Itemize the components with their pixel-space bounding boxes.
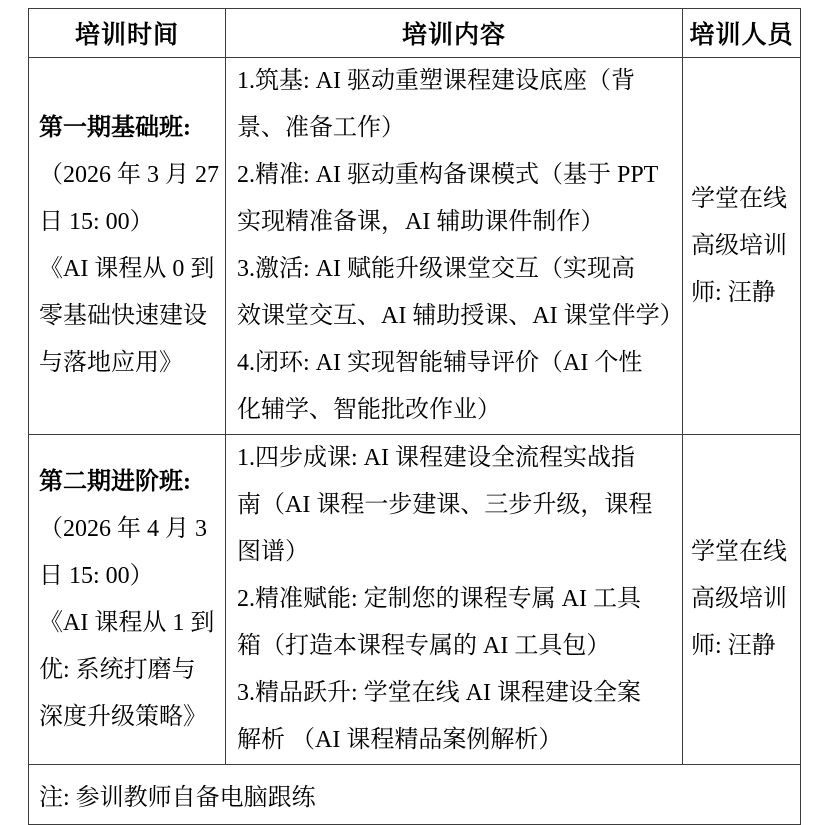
text-line: 1.筑基: AI 驱动重塑课程建设底座（背 xyxy=(237,58,680,105)
text-line: 优: 系统打磨与 xyxy=(39,647,223,694)
text-line: 箱（打造本课程专属的 AI 工具包） xyxy=(237,623,680,670)
session-2-content-lines: 1.四步成课: AI 课程建设全流程实战指南（AI 课程一步建课、三步升级，课程… xyxy=(237,435,680,764)
session-1-time-cell: 第一期基础班: （2026 年 3 月 27日 15: 00）《AI 课程从 0… xyxy=(29,58,226,435)
text-line: 师: 汪静 xyxy=(691,270,798,317)
session-1-content-lines: 1.筑基: AI 驱动重塑课程建设底座（背景、准备工作）2.精准: AI 驱动重… xyxy=(237,58,680,434)
text-line: 实现精准备课，AI 辅助课件制作） xyxy=(237,199,680,246)
text-line: 学堂在线 xyxy=(691,529,798,576)
text-line: 南（AI 课程一步建课、三步升级，课程 xyxy=(237,482,680,529)
session-1-staff-cell: 学堂在线高级培训师: 汪静 xyxy=(683,58,801,435)
text-line: 2.精准赋能: 定制您的课程专属 AI 工具 xyxy=(237,576,680,623)
header-training-content: 培训内容 xyxy=(226,9,683,58)
text-line: 化辅学、智能批改作业） xyxy=(237,387,680,434)
text-line: 图谱） xyxy=(237,529,680,576)
session-2-title: 第二期进阶班: xyxy=(39,459,223,506)
session-2-content-cell: 1.四步成课: AI 课程建设全流程实战指南（AI 课程一步建课、三步升级，课程… xyxy=(226,435,683,765)
header-training-time: 培训时间 xyxy=(29,9,226,58)
text-line: 3.激活: AI 赋能升级课堂交互（实现高 xyxy=(237,246,680,293)
session-2-staff-lines: 学堂在线高级培训师: 汪静 xyxy=(691,529,798,670)
text-line: 日 15: 00） xyxy=(39,199,223,246)
header-training-staff: 培训人员 xyxy=(683,9,801,58)
session-1-title: 第一期基础班: xyxy=(39,105,223,152)
text-line: 景、准备工作） xyxy=(237,105,680,152)
text-line: 解析 （AI 课程精品案例解析） xyxy=(237,717,680,764)
session-2-time-lines: （2026 年 4 月 3日 15: 00）《AI 课程从 1 到优: 系统打磨… xyxy=(39,506,223,741)
note-text: 注: 参训教师自备电脑跟练 xyxy=(39,777,800,812)
session-2-staff-cell: 学堂在线高级培训师: 汪静 xyxy=(683,435,801,765)
text-line: 高级培训 xyxy=(691,576,798,623)
text-line: 日 15: 00） xyxy=(39,553,223,600)
session-1-time-lines: （2026 年 3 月 27日 15: 00）《AI 课程从 0 到零基础快速建… xyxy=(39,152,223,387)
text-line: 《AI 课程从 0 到 xyxy=(39,246,223,293)
text-line: （2026 年 4 月 3 xyxy=(39,506,223,553)
text-line: 学堂在线 xyxy=(691,176,798,223)
text-line: 4.闭环: AI 实现智能辅导评价（AI 个性 xyxy=(237,340,680,387)
session-1-staff-lines: 学堂在线高级培训师: 汪静 xyxy=(691,176,798,317)
text-line: 零基础快速建设 xyxy=(39,293,223,340)
note-cell: 注: 参训教师自备电脑跟练 xyxy=(29,765,801,825)
text-line: 《AI 课程从 1 到 xyxy=(39,600,223,647)
text-line: 与落地应用》 xyxy=(39,340,223,387)
table-header-row: 培训时间 培训内容 培训人员 xyxy=(29,9,801,58)
session-1-content-cell: 1.筑基: AI 驱动重塑课程建设底座（背景、准备工作）2.精准: AI 驱动重… xyxy=(226,58,683,435)
text-line: 3.精品跃升: 学堂在线 AI 课程建设全案 xyxy=(237,670,680,717)
text-line: 高级培训 xyxy=(691,223,798,270)
text-line: 效课堂交互、AI 辅助授课、AI 课堂伴学） xyxy=(237,293,680,340)
text-line: （2026 年 3 月 27 xyxy=(39,152,223,199)
table-note-row: 注: 参训教师自备电脑跟练 xyxy=(29,765,801,825)
table-row-session-1: 第一期基础班: （2026 年 3 月 27日 15: 00）《AI 课程从 0… xyxy=(29,58,801,435)
training-schedule-table: 培训时间 培训内容 培训人员 第一期基础班: （2026 年 3 月 27日 1… xyxy=(28,8,801,825)
text-line: 1.四步成课: AI 课程建设全流程实战指 xyxy=(237,435,680,482)
text-line: 深度升级策略》 xyxy=(39,694,223,741)
session-2-time-cell: 第二期进阶班: （2026 年 4 月 3日 15: 00）《AI 课程从 1 … xyxy=(29,435,226,765)
text-line: 2.精准: AI 驱动重构备课模式（基于 PPT xyxy=(237,152,680,199)
table-row-session-2: 第二期进阶班: （2026 年 4 月 3日 15: 00）《AI 课程从 1 … xyxy=(29,435,801,765)
text-line: 师: 汪静 xyxy=(691,623,798,670)
